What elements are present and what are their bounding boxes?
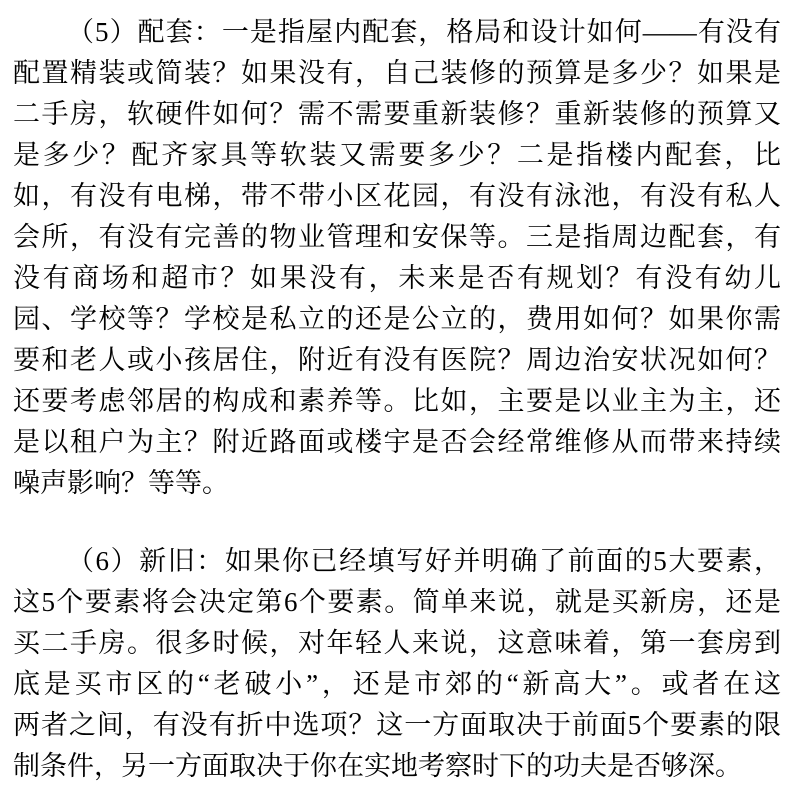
text-line: 制条件，另一方面取决于你在实地考察时下的功夫是否够深。 [13,746,781,787]
text-line: 如，有没有电梯，带不带小区花园，有没有泳池，有没有私人 [13,176,781,217]
text-line: （6）新旧：如果你已经填写好并明确了前面的5大要素， [13,541,781,582]
text-line: 是以租户为主？附近路面或楼宇是否会经常维修从而带来持续 [13,422,781,463]
text-line: 园、学校等？学校是私立的还是公立的，费用如何？如果你需 [13,299,781,340]
text-line: 底是买市区的“老破小”，还是市郊的“新高大”。或者在这 [13,664,781,705]
text-line: 还要考虑邻居的构成和素养等。比如，主要是以业主为主，还 [13,381,781,422]
text-line: 这5个要素将会决定第6个要素。简单来说，就是买新房，还是 [13,582,781,623]
text-line: 会所，有没有完善的物业管理和安保等。三是指周边配套，有 [13,217,781,258]
text-line: 两者之间，有没有折中选项？这一方面取决于前面5个要素的限 [13,705,781,746]
paragraph-item-5-peitao: （5）配套：一是指屋内配套，格局和设计如何——有没有 配置精装或简装？如果没有，… [13,12,781,504]
text-line: 没有商场和超市？如果没有，未来是否有规划？有没有幼儿 [13,258,781,299]
document-page: （5）配套：一是指屋内配套，格局和设计如何——有没有 配置精装或简装？如果没有，… [0,0,794,800]
text-line: 配置精装或简装？如果没有，自己装修的预算是多少？如果是 [13,53,781,94]
text-line: 是多少？配齐家具等软装又需要多少？二是指楼内配套，比 [13,135,781,176]
paragraph-item-6-xinjiu: （6）新旧：如果你已经填写好并明确了前面的5大要素， 这5个要素将会决定第6个要… [13,541,781,787]
text-line: 噪声影响？等等。 [13,463,781,504]
text-line: 要和老人或小孩居住，附近有没有医院？周边治安状况如何？ [13,340,781,381]
text-line: 买二手房。很多时候，对年轻人来说，这意味着，第一套房到 [13,623,781,664]
text-line: 二手房，软硬件如何？需不需要重新装修？重新装修的预算又 [13,94,781,135]
text-line: （5）配套：一是指屋内配套，格局和设计如何——有没有 [13,12,781,53]
